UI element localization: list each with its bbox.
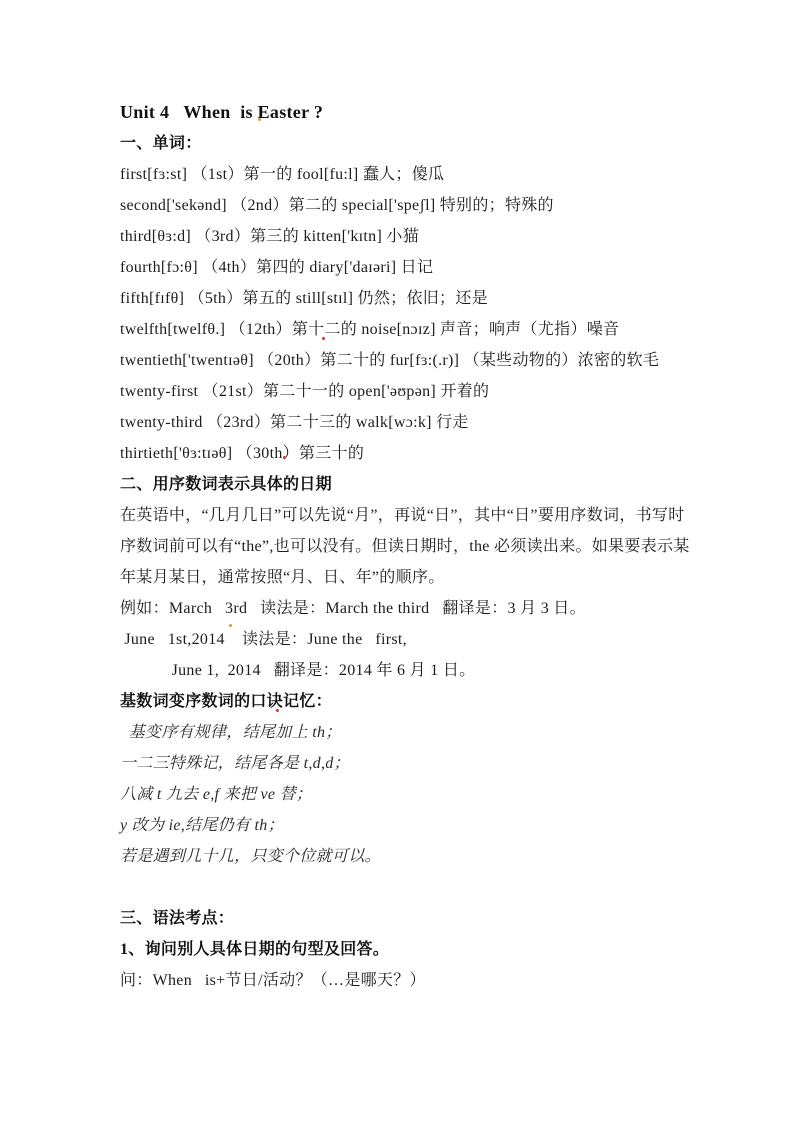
vocab-line-fourth: fourth[fɔ:θ] （4th）第四的 diary['daɪəri] 日记 xyxy=(120,252,763,283)
vocab-line-first: first[fɜ:st] （1st）第一的 fool[fu:l] 蠢人；傻瓜 xyxy=(120,159,763,190)
section-heading-words: 一、单词： xyxy=(120,128,763,159)
mnemonic-line-2: 一二三特殊记，结尾各是 t,d,d； xyxy=(120,748,763,779)
vocab-line-third: third[θɜ:d] （3rd）第三的 kitten['kɪtn] 小猫 xyxy=(120,221,763,252)
mnemonic-line-3: 八减 t 九去 e,f 来把 ve 替； xyxy=(120,779,763,810)
paragraph-line-1: 在英语中，“几月几日”可以先说“月”，再说“日”，其中“日”要用序数词，书写时 xyxy=(120,500,763,531)
example-line-june-trans: June 1, 2014 翻译是：2014 年 6 月 1 日。 xyxy=(120,655,763,686)
vocab-line-fifth: fifth[fɪfθ] （5th）第五的 still[stɪl] 仍然；依旧；还… xyxy=(120,283,763,314)
proof-dot-title-when xyxy=(258,118,261,121)
mnemonic-line-1: 基变序有规律，结尾加上 th； xyxy=(120,717,763,748)
proof-dot-twelfth xyxy=(322,337,325,340)
mnemonic-line-5: 若是遇到几十几，只变个位就可以。 xyxy=(120,841,763,872)
vocab-line-twenty-first: twenty-first （21st）第二十一的 open['əʊpən] 开着… xyxy=(120,376,763,407)
vocab-line-twenty-third: twenty-third （23rd）第二十三的 walk[wɔ:k] 行走 xyxy=(120,407,763,438)
blank-line xyxy=(120,872,763,903)
example-line-june-read: June 1st,2014 读法是：June the first, xyxy=(120,624,763,655)
grammar-point-title: 1、询问别人具体日期的句型及回答。 xyxy=(120,934,763,965)
vocab-line-second: second['sekənd] （2nd）第二的 special['speʃl]… xyxy=(120,190,763,221)
document-page: Unit 4 When is Easter ? 一、单词： first[fɜ:s… xyxy=(0,0,793,1122)
vocab-line-twelfth: twelfth[twelfθ.] （12th）第十二的 noise[nɔɪz] … xyxy=(120,314,763,345)
vocab-line-thirtieth: thirtieth['θɜ:tɪəθ] （30th）第三十的 xyxy=(120,438,763,469)
vocab-line-twentieth: twentieth['twentɪəθ] （20th）第二十的 fur[fɜ:(… xyxy=(120,345,763,376)
paragraph-line-2: 序数词前可以有“the”,也可以没有。但读日期时，the 必须读出来。如果要表示… xyxy=(120,531,763,562)
question-pattern-line: 问：When is+节日/活动？（…是哪天？） xyxy=(120,965,763,996)
proof-dot-thirtieth xyxy=(283,456,286,459)
mnemonic-line-4: y 改为 ie,结尾仍有 th； xyxy=(120,810,763,841)
proof-dot-mnemonic xyxy=(276,709,279,712)
page-title: Unit 4 When is Easter ? xyxy=(120,97,763,128)
section-heading-dates: 二、用序数词表示具体的日期 xyxy=(120,469,763,500)
mnemonic-heading: 基数词变序数词的口诀记忆： xyxy=(120,686,763,717)
example-line-march: 例如：March 3rd 读法是：March the third 翻译是：3 月… xyxy=(120,593,763,624)
section-heading-grammar: 三、语法考点： xyxy=(120,903,763,934)
paragraph-line-3: 年某月某日，通常按照“月、日、年”的顺序。 xyxy=(120,562,763,593)
proof-dot-march xyxy=(229,624,232,627)
